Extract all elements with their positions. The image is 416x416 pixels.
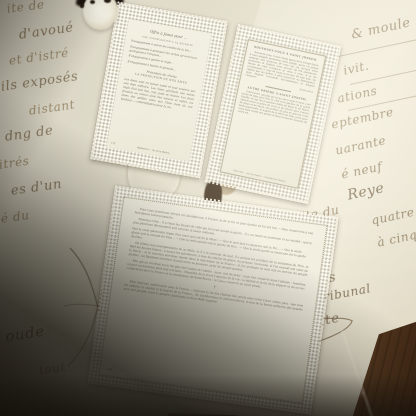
handwriting-fragment: oude (4, 322, 46, 346)
handwriting-fragment: es d'un (10, 177, 63, 199)
handwriting-fragment: ils exposés (0, 69, 79, 95)
handwriting-fragment: & moule (350, 15, 412, 42)
ruled-line (338, 39, 416, 57)
handwriting-fragment: uarante (334, 133, 387, 157)
handwriting-fragment: dng de (4, 123, 54, 145)
handwriting-fragment: itrés (0, 154, 30, 172)
bloom-dark-speck (80, 4, 84, 8)
handwriting-fragment: ite de (6, 0, 45, 16)
handwriting-fragment: à cinq (376, 228, 416, 250)
handwriting-fragment: eptembre (330, 105, 395, 132)
handwriting-fragment: é du (0, 208, 30, 226)
handwriting-fragment: et d'istré (8, 46, 70, 68)
handwriting-fragment: é neuf (340, 159, 384, 181)
book-page: Pour vous prosterner devant vos bienfait… (98, 197, 327, 404)
photo-canvas: & moule ivit. ations eptembre uarante é … (0, 0, 416, 416)
page-number: 188 (106, 367, 112, 372)
handwriting-fragment: quatre (370, 205, 416, 228)
lace-page-large: Pour vous prosterner devant vos bienfait… (87, 185, 339, 415)
handwriting-fragment: Reye (346, 180, 386, 203)
handwriting-fragment: ivit. (342, 59, 370, 78)
footnote-number: 173 (111, 142, 116, 146)
handwriting-fragment: ations (336, 84, 379, 106)
handwriting-fragment: d'avoué (18, 20, 75, 43)
bloom-dark-speck (90, 0, 95, 4)
handwriting-fragment: distant (28, 98, 76, 118)
